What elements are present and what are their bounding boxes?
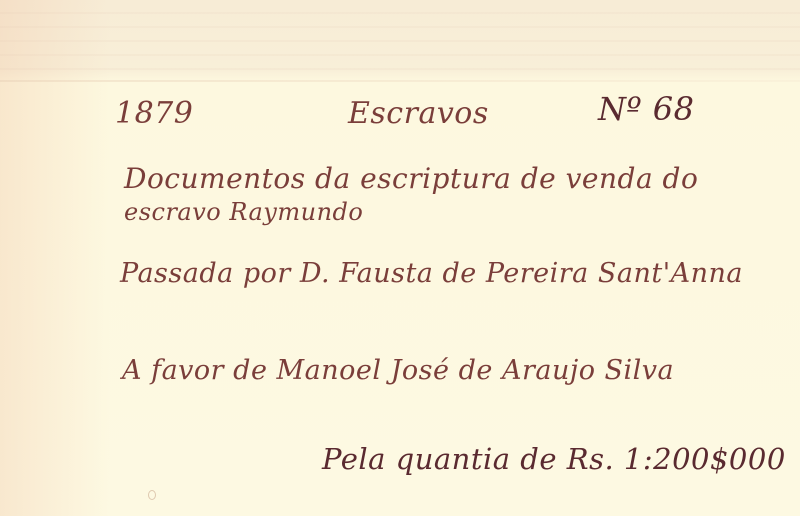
header-year: 1879 [115, 96, 193, 131]
body-line-2: escravo Raymundo [124, 198, 363, 226]
body-line-4: A favor de Manoel José de Araujo Silva [122, 355, 674, 386]
paper-fold-line [0, 80, 800, 82]
ink-spot [148, 490, 156, 500]
header-category: Escravos [348, 96, 489, 131]
paper-top-fold-band [0, 0, 800, 80]
body-line-5: Pela quantia de Rs. 1:200$000 [322, 442, 786, 476]
body-line-3: Passada por D. Fausta de Pereira Sant'An… [120, 258, 743, 289]
header-number: Nº 68 [598, 90, 694, 128]
body-line-1: Documentos da escriptura de venda do [124, 162, 698, 195]
